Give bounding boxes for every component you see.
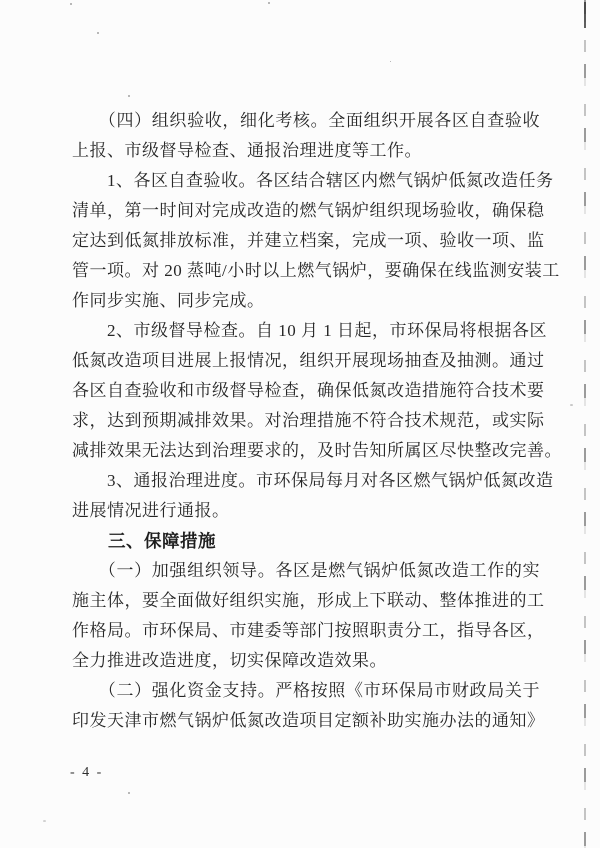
document-line: （二）强化资金支持。严格按照《市环保局市财政局关于 <box>72 676 540 706</box>
document-line: 作同步实施、同步完成。 <box>72 286 540 316</box>
document-line: 定达到低氮排放标准，并建立档案，完成一项、验收一项、监 <box>72 226 540 256</box>
document-line: 2、市级督导检查。自 10 月 1 日起，市环保局将根据各区 <box>72 316 540 346</box>
document-line: 求，达到预期减排效果。对治理措施不符合技术规范，或实际 <box>72 406 540 436</box>
scan-speckle <box>97 32 99 34</box>
document-line: 作格局。市环保局、市建委等部门按照职责分工，指导各区， <box>72 616 540 646</box>
scan-artifact-vertical-line-top <box>584 2 586 28</box>
scanned-document-page: （四）组织验收，细化考核。全面组织开展各区自查验收上报、市级督导检查、通报治理进… <box>0 0 600 848</box>
document-line: 进展情况进行通报。 <box>72 496 540 526</box>
document-body: （四）组织验收，细化考核。全面组织开展各区自查验收上报、市级督导检查、通报治理进… <box>72 106 540 736</box>
scan-speckle <box>570 404 573 406</box>
section-heading: 三、保障措施 <box>72 526 540 556</box>
document-line: 全力推进改造进度，切实保障改造效果。 <box>72 646 540 676</box>
document-line: 清单，第一时间对完成改造的燃气锅炉组织现场验收，确保稳 <box>72 196 540 226</box>
page-number: - 4 - <box>70 764 103 782</box>
document-line: 印发天津市燃气锅炉低氮改造项目定额补助实施办法的通知》 <box>72 706 540 736</box>
document-line: 低氮改造项目进展上报情况，组织开展现场抽查及抽测。通过 <box>72 346 540 376</box>
document-line: （四）组织验收，细化考核。全面组织开展各区自查验收 <box>72 106 540 136</box>
document-line: 1、各区自查验收。各区结合辖区内燃气锅炉低氮改造任务 <box>72 166 540 196</box>
scan-speckle <box>268 2 270 4</box>
scan-speckle <box>128 95 130 97</box>
document-line: 上报、市级督导检查、通报治理进度等工作。 <box>72 136 540 166</box>
document-line: 管一项。对 20 蒸吨/小时以上燃气锅炉，要确保在线监测安装工 <box>72 256 540 286</box>
scan-speckle <box>128 792 130 794</box>
document-line: 3、通报治理进度。市环保局每月对各区燃气锅炉低氮改造 <box>72 466 540 496</box>
scan-speckle <box>43 820 46 822</box>
document-line: （一）加强组织领导。各区是燃气锅炉低氮改造工作的实 <box>72 556 540 586</box>
document-line: 减排效果无法达到治理要求的，及时告知所属区尽快整改完善。 <box>72 436 540 466</box>
scan-artifact-vertical-line <box>584 0 586 848</box>
scan-speckle <box>70 3 72 5</box>
document-line: 各区自查验收和市级督导检查，确保低氮改造措施符合技术要 <box>72 376 540 406</box>
scan-speckle <box>390 61 391 62</box>
document-line: 施主体，要全面做好组织实施，形成上下联动、整体推进的工 <box>72 586 540 616</box>
